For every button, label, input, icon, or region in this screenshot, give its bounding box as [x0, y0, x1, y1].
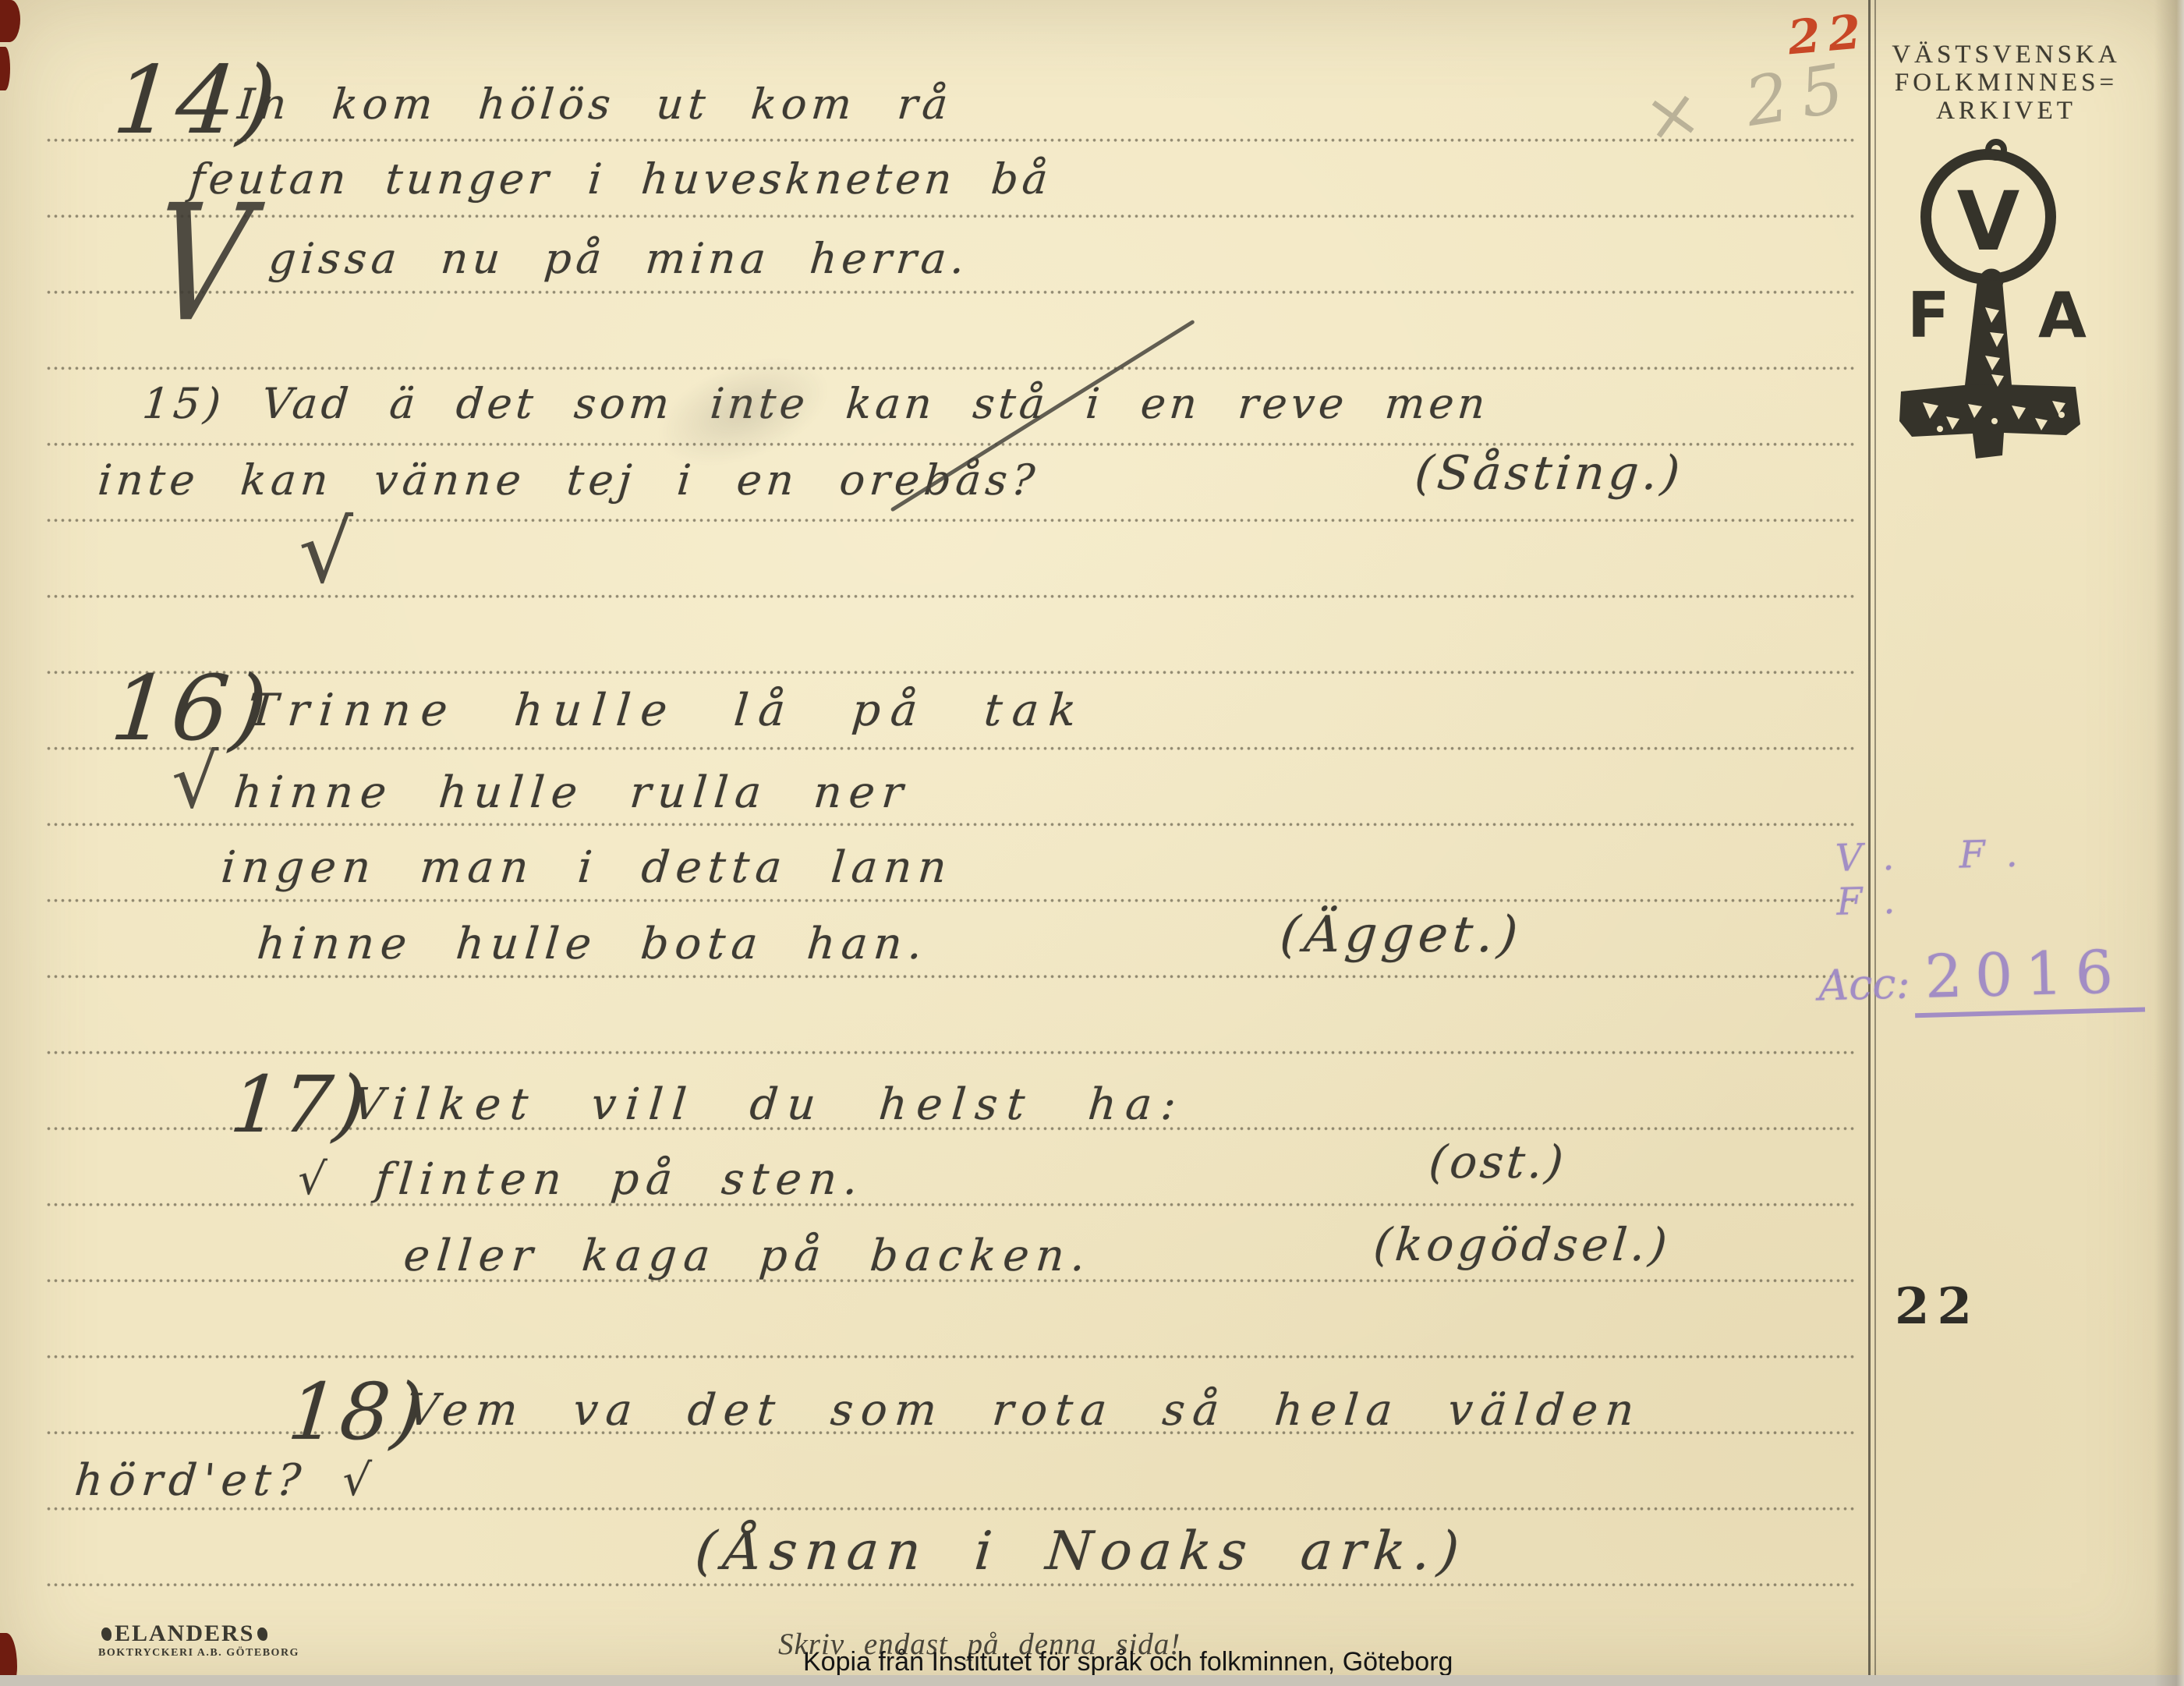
- riddle-17-line-1: Vilket vill du helst ha:: [350, 1079, 1188, 1130]
- masthead-line-1: VÄSTSVENSKA: [1878, 41, 2135, 69]
- riddle-14-line-1: In kom hölös ut kom rå: [235, 80, 954, 129]
- hammer-handle: [1965, 279, 2012, 385]
- check-mark-icon: √: [172, 739, 219, 825]
- check-mark-icon: √: [299, 502, 353, 602]
- hammer-head: [1899, 384, 2080, 459]
- riddle-17-answer-2: (kogödsel.): [1372, 1218, 1673, 1271]
- riddle-14-line-3: gissa nu på mina herra.: [267, 234, 971, 283]
- printer-name: ELANDERS: [115, 1620, 254, 1646]
- riddle-16-line-2: hinne hulle rulla ner: [232, 767, 911, 818]
- riddle-16-line-4: hinne hulle bota han.: [255, 919, 930, 969]
- logo-letter-v: V: [1957, 174, 2020, 269]
- logo-letter-a: A: [2038, 279, 2087, 352]
- riddle-15-answer: (Såsting.): [1413, 446, 1686, 501]
- stamp-acc-number: 2016: [1913, 937, 2145, 1018]
- printer-ornament-icon: [101, 1628, 112, 1641]
- riddle-15-line-2: inte kan vänne tej i en orebås?: [96, 455, 1041, 505]
- printer-imprint: ELANDERS BOKTRYCKERI A.B. GÖTEBORG: [98, 1622, 299, 1659]
- riddle-16-line-3: ingen man i detta lann: [219, 842, 954, 893]
- check-mark-icon: V: [144, 170, 258, 357]
- riddle-16-line-1: Trinne hulle lå på tak: [246, 685, 1088, 736]
- pencil-note: × 25: [1639, 48, 1861, 158]
- vff-accession-stamp: V. F. F. Acc: 2016: [1814, 829, 2147, 1015]
- stamp-initials: V. F. F.: [1814, 829, 2144, 925]
- printer-ornament-icon: [257, 1628, 267, 1641]
- riddle-18-line-2: hörd'et? √: [73, 1455, 379, 1506]
- digital-copy-caption: Kopia från Institutet för språk och folk…: [803, 1647, 1453, 1677]
- riddle-16-answer: (Ägget.): [1278, 906, 1525, 964]
- riddle-17-line-3: eller kaga på backen.: [402, 1231, 1094, 1281]
- riddle-17-number: 17): [227, 1059, 372, 1150]
- printer-subline: BOKTRYCKERI A.B. GÖTEBORG: [98, 1648, 299, 1659]
- stamp-acc-label: Acc:: [1818, 958, 1910, 1010]
- riddle-18-answer: (Åsnan i Noaks ark.): [693, 1521, 1470, 1582]
- riddle-14-line-2: feutan tunger i huveskneten bå: [187, 154, 1053, 204]
- masthead-line-2: FOLKMINNES=: [1878, 69, 2135, 97]
- scan-edge: [0, 1675, 2184, 1686]
- vfa-thors-hammer-logo-icon: V F A: [1885, 123, 2104, 494]
- riddle-17-line-2: √ flinten på sten.: [296, 1154, 867, 1205]
- printed-page-number: 22: [1895, 1277, 1980, 1336]
- binding-mark: [0, 0, 20, 42]
- riddle-18-line-1: Vem va det som rota så hela välden: [405, 1385, 1644, 1436]
- page-edge-shadow: [2154, 0, 2184, 1686]
- scanned-archive-page: VÄSTSVENSKA FOLKMINNES= ARKIVET V F A: [0, 0, 2184, 1686]
- archive-masthead: VÄSTSVENSKA FOLKMINNES= ARKIVET: [1878, 41, 2135, 125]
- masthead-line-3: ARKIVET: [1878, 97, 2135, 125]
- binding-mark: [0, 47, 10, 90]
- riddle-17-answer-1: (ost.): [1427, 1135, 1569, 1188]
- logo-letter-f: F: [1907, 279, 1950, 352]
